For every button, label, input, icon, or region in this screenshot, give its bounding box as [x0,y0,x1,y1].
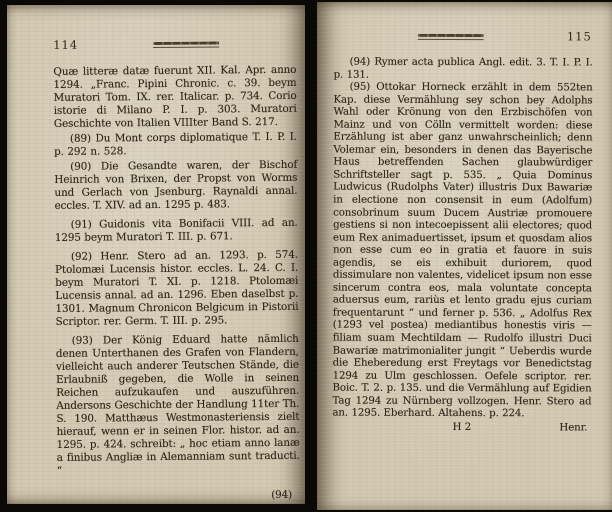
right-page-text-block: (94) Rymer acta publica Angl. edit. 3. T… [332,57,592,436]
footnote-91: (91) Guidonis vita Bonifacii VIII. ad an… [55,217,298,245]
footnote-94: (94) Rymer acta publica Angl. edit. 3. T… [334,57,593,83]
footnote-95: (95) Ottokar Horneck erzählt in dem 552t… [332,82,592,422]
header-rule-ornament-right [417,34,483,40]
continuation-paragraph: Quæ litteræ datæ fuerunt XII. Kal. Apr. … [53,64,297,131]
right-page-header: 115 [334,30,592,43]
left-page: 114 Quæ litteræ datæ fuerunt XII. Kal. A… [7,5,305,504]
footnote-93: (93) Der König Eduard hatte nämlich dene… [56,333,300,478]
page-number-left: 114 [53,39,78,51]
header-rule-ornament-left [154,41,220,48]
book-scan-photo: 114 Quæ litteræ datæ fuerunt XII. Kal. A… [0,0,612,512]
signature-catchword-line: H 2 Henr. [332,421,591,435]
left-page-header: 114 [53,37,295,51]
signature-mark: H 2 [332,421,591,434]
catchword-right: Henr. [559,422,587,435]
catchword-left: (94) [57,489,300,504]
footnote-90: (90) Die Gesandte waren, der Bischof Hei… [54,159,297,213]
right-page: 115 (94) Rymer acta publica Angl. edit. … [317,2,612,510]
left-page-text-block: Quæ litteræ datæ fuerunt XII. Kal. Apr. … [53,64,300,504]
footnote-89: (89) Du Mont corps diplomatique T. I. P.… [54,131,297,159]
page-number-right: 115 [567,30,592,42]
footnote-92: (92) Henr. Stero ad an. 1293. p. 574. Pt… [55,249,299,329]
